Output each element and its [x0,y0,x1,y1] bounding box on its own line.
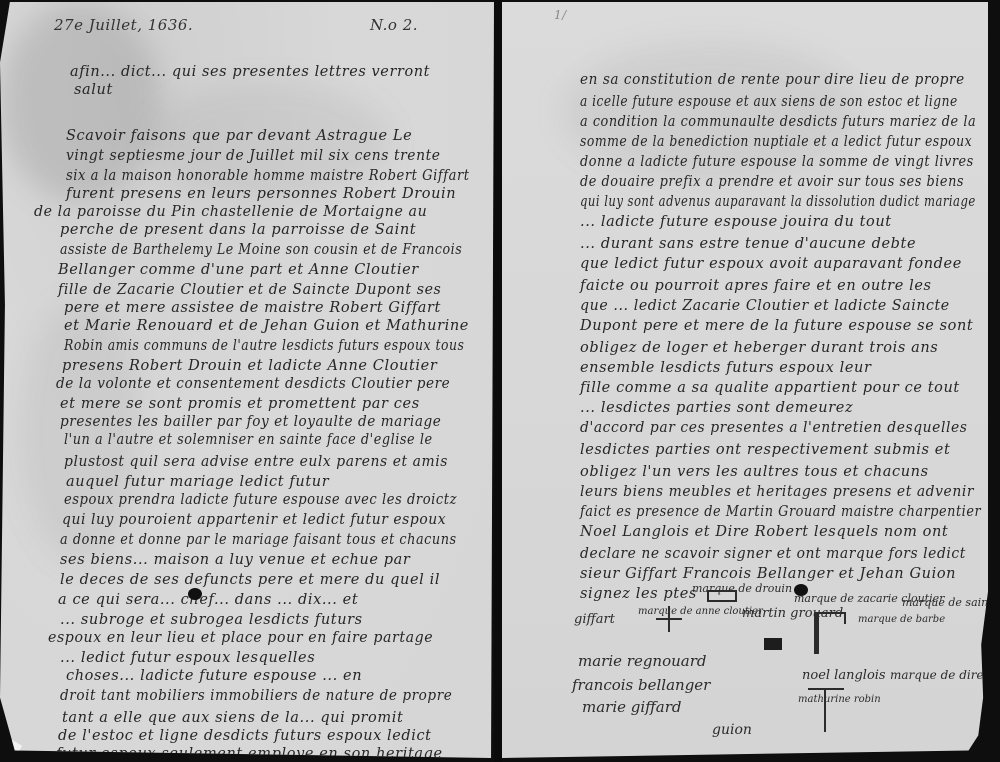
manuscript-line: espoux prendra ladicte future espouse av… [64,492,457,508]
signature: marque de dire robert [890,668,988,682]
manuscript-line: salut [74,82,113,98]
signature: francois bellanger [572,676,710,694]
manuscript-line: ... subroge et subrogea lesdicts futurs [60,612,363,628]
manuscript-line: ses biens... maison a luy venue et echue… [60,552,410,568]
ink-blot [794,584,808,596]
manuscript-line: ensemble lesdicts futurs espoux leur [580,360,871,376]
manuscript-line: de l'estoc et ligne desdicts futurs espo… [58,728,432,744]
manuscript-line: vingt septiesme jour de Juillet mil six … [66,148,441,164]
manuscript-line: a donne et donne par le mariage faisant … [60,532,457,548]
signature: marie giffard [582,698,682,716]
manuscript-line: presentes les bailler par foy et loyault… [60,414,441,430]
manuscript-line: qui luy sont advenus auparavant la disso… [580,194,976,210]
manuscript-line: espoux en leur lieu et place pour en fai… [48,630,433,646]
manuscript-line: fille de Zacarie Cloutier et de Saincte … [58,282,441,298]
signature-mark-axe-handle [814,614,819,654]
signature: guion [712,722,752,738]
manuscript-line: droit tant mobiliers immobiliers de natu… [60,688,452,704]
manuscript-line: ... ledict futur espoux lesquelles [60,650,315,666]
manuscript-line: plustost quil sera advise entre eulx par… [64,454,448,470]
manuscript-line: lesdictes parties ont respectivement sub… [580,442,950,458]
manuscript-line: de la volonte et consentement desdicts C… [56,376,450,392]
manuscript-line: leurs biens meubles et heritages presens… [580,484,974,500]
manuscript-line: et mere se sont promis et promettent par… [60,396,420,412]
signature: mathurine robin [798,694,881,705]
page-gutter [494,0,502,762]
manuscript-line: en sa constitution de rente pour dire li… [580,72,965,88]
paper-tear [6,740,22,756]
manuscript-line: perche de present dans la parroisse de S… [60,222,416,238]
manuscript-line: choses... ladicte future espouse ... en [66,668,362,684]
corner-mark: 1/ [554,8,567,22]
manuscript-line: presens Robert Drouin et ladicte Anne Cl… [62,358,437,374]
manuscript-line: furent presens en leurs personnes Robert… [66,186,456,202]
signature-cross-mark [656,618,682,620]
manuscript-line: signez les ptes [580,586,697,602]
manuscript-line: a icelle future espouse et aux siens de … [580,94,958,110]
manuscript-line: que ledict futur espoux avoit auparavant… [580,256,962,272]
manuscript-line: sieur Giffart Francois Bellanger et Jeha… [580,566,956,582]
signature: marque de saincte dupont [902,596,988,609]
manuscript-line: et Marie Renouard et de Jehan Guion et M… [64,318,469,334]
manuscript-line: fille comme a sa qualite appartient pour… [580,380,960,396]
manuscript-line: Scavoir faisons que par devant Astrague … [66,128,412,144]
signature-mark-box [707,590,737,602]
ink-blot [188,588,202,600]
signature-mark-square [764,638,782,650]
manuscript-line: obligez de loger et heberger durant troi… [580,340,938,356]
manuscript-line: somme de la benediction nuptiale et a le… [580,134,972,150]
signature-cross-mark [824,688,826,732]
manuscript-line: donne a ladicte future espouse la somme … [580,154,974,170]
signature: marie regnouard [578,652,707,670]
manuscript-line: d'accord par ces presentes a l'entretien… [580,420,967,436]
manuscript-line: de douaire prefix a prendre et avoir sur… [580,174,964,190]
manuscript-line: declare ne scavoir signer et ont marque … [580,546,966,562]
manuscript-line: futur espoux seulement employe en son he… [56,746,443,758]
manuscript-line: faict es presence de Martin Grouard mais… [580,504,981,520]
manuscript-line: ... lesdictes parties sont demeurez [580,400,853,416]
manuscript-line: a ce qui sera... chef... dans ... dix...… [58,592,358,608]
manuscript-line: Bellanger comme d'une part et Anne Clout… [58,262,419,278]
manuscript-line: six a la maison honorable homme maistre … [66,168,470,184]
manuscript-line: tant a elle que aux siens de la... qui p… [62,710,403,726]
signature: giffart [574,612,615,627]
signature-cross-mark [808,688,844,690]
manuscript-line: Robin amis communs de l'autre lesdicts f… [64,338,464,354]
manuscript-line: l'un a l'autre et solemniser en sainte f… [64,432,433,448]
document-number: N.o 2. [370,16,418,34]
left-manuscript-page: 27e Juillet, 1636. N.o 2. afin... dict..… [0,2,494,758]
manuscript-line: Noel Langlois et Dire Robert lesquels no… [580,524,948,540]
right-manuscript-page: 1/ en sa constitution de rente pour dire… [502,2,988,758]
manuscript-line: obligez l'un vers les aultres tous et ch… [580,464,929,480]
manuscript-line: faicte ou pourroit apres faire et en out… [580,278,932,294]
manuscript-line: assiste de Barthelemy Le Moine son cousi… [60,242,462,258]
signature: noel langlois [802,668,886,683]
manuscript-line: pere et mere assistee de maistre Robert … [64,300,441,316]
manuscript-line: que ... ledict Zacarie Cloutier et ladic… [580,298,950,314]
document-date: 27e Juillet, 1636. [54,16,193,34]
manuscript-line: Dupont pere et mere de la future espouse… [580,318,973,334]
signature: marque de barbe [858,614,945,625]
manuscript-line: auquel futur mariage ledict futur [66,474,329,490]
manuscript-line: a condition la communaulte desdicts futu… [580,114,976,130]
manuscript-line: ... ladicte future espouse jouira du tou… [580,214,892,230]
manuscript-line: de la paroisse du Pin chastellenie de Mo… [34,204,427,220]
manuscript-line: le deces de ses defuncts pere et mere du… [60,572,440,588]
manuscript-line: ... durant sans estre tenue d'aucune deb… [580,236,916,252]
manuscript-line: qui luy pouroient appartenir et ledict f… [62,512,446,528]
manuscript-line: afin... dict... qui ses presentes lettre… [70,64,430,80]
